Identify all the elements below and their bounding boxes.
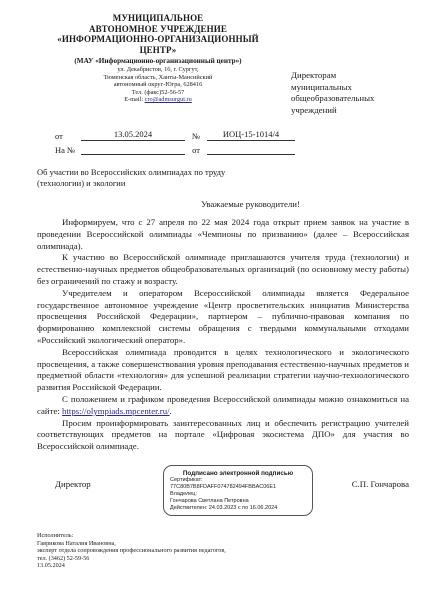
number-label: № [185, 131, 207, 141]
executor-position: эксперт отдела сопровождения профессиона… [37, 547, 409, 555]
from-label: от [55, 131, 81, 141]
letter-number: ИОЦ-15-1014/4 [207, 129, 295, 141]
phone-line: Тел. (факс)52-56-57 [37, 89, 279, 97]
signer-name: С.П. Гончарова [352, 479, 409, 489]
address-line: Тюменская область, Ханты-Мансийский [37, 74, 279, 82]
letter-body: Информируем, что с 27 апреля по 22 мая 2… [37, 217, 409, 453]
recipient-line: Директорам [291, 70, 409, 82]
email-link[interactable]: cro@admsurgut.ru [145, 96, 192, 103]
executor-block: Исполнитель: Гаврикова Наталия Ивановна,… [37, 532, 409, 570]
link-paragraph-suffix: . [170, 406, 172, 416]
reply-label: На № [55, 145, 81, 155]
body-paragraph: Учредителем и оператором Всероссийской о… [37, 288, 409, 347]
certificate-value: 77C80B7B8FDAFF074782494FBBAC06E1 [170, 484, 306, 491]
reference-block: от 13.05.2024 № ИОЦ-15-1014/4 На № от [55, 127, 295, 155]
body-paragraph: К участию во Всероссийской олимпиаде при… [37, 252, 409, 287]
executor-label: Исполнитель: [37, 532, 409, 540]
org-short-name: (МАУ «Информационно-организационный цент… [37, 57, 279, 66]
blank-line [81, 143, 185, 155]
letter-page: МУНИЦИПАЛЬНОЕ АВТОНОМНОЕ УЧРЕЖДЕНИЕ «ИНФ… [0, 0, 424, 600]
letter-date: 13.05.2024 [81, 129, 185, 141]
recipient-line: общеобразовательных [291, 93, 409, 105]
blank-line [207, 143, 295, 155]
validity-period: Действителен: 24.03.2023 с по 16.06.2024 [170, 505, 306, 512]
incoming-ref-row: На № от [55, 141, 295, 155]
email-label: E-mail: [124, 96, 144, 103]
signature-block: Директор Подписано электронной подписью … [37, 465, 409, 516]
greeting: Уважаемые руководители! [92, 199, 409, 209]
certificate-label: Сертификат: [170, 477, 306, 484]
executor-date: 13.05.2024 [37, 562, 409, 570]
executor-phone: тел. (3462) 52-59-56 [37, 555, 409, 563]
recipient-block: Директорам муниципальных общеобразовател… [291, 70, 409, 116]
olympiad-site-link[interactable]: https://olympiads.mpcenter.ru/ [62, 406, 170, 416]
outgoing-ref-row: от 13.05.2024 № ИОЦ-15-1014/4 [55, 127, 295, 141]
signer-position: Директор [55, 479, 145, 489]
executor-name: Гаврикова Наталия Ивановна, [37, 540, 409, 548]
subject-line: Об участии во Всероссийских олимпиадах п… [37, 167, 227, 189]
sender-block: МУНИЦИПАЛЬНОЕ АВТОНОМНОЕ УЧРЕЖДЕНИЕ «ИНФ… [37, 13, 279, 116]
body-paragraph: Просим проинформировать заинтересованных… [37, 418, 409, 453]
recipient-line: муниципальных [291, 82, 409, 94]
letterhead: МУНИЦИПАЛЬНОЕ АВТОНОМНОЕ УЧРЕЖДЕНИЕ «ИНФ… [37, 13, 409, 116]
address-line: ул. Декабристов, 16, г. Сургут, [37, 66, 279, 74]
owner-label: Владелец: [170, 491, 306, 498]
body-paragraph-with-link: С положением и графиком проведения Всеро… [37, 394, 409, 418]
org-name-line: АВТОНОМНОЕ УЧРЕЖДЕНИЕ [37, 24, 279, 35]
org-name-line: «ИНФОРМАЦИОННО-ОРГАНИЗАЦИОННЫЙ [37, 34, 279, 45]
org-name-line: ЦЕНТР» [37, 45, 279, 56]
recipient-line: учреждений [291, 105, 409, 117]
body-paragraph: Всероссийская олимпиада проводится в цел… [37, 347, 409, 394]
reply-from-label: от [185, 145, 207, 155]
org-name-line: МУНИЦИПАЛЬНОЕ [37, 13, 279, 24]
stamp-title: Подписано электронной подписью [170, 470, 306, 478]
digital-signature-stamp: Подписано электронной подписью Сертифика… [163, 465, 313, 516]
email-line: E-mail: cro@admsurgut.ru [37, 96, 279, 104]
body-paragraph: Информируем, что с 27 апреля по 22 мая 2… [37, 217, 409, 252]
address-line: автономный округ-Югра, 628416 [37, 81, 279, 89]
